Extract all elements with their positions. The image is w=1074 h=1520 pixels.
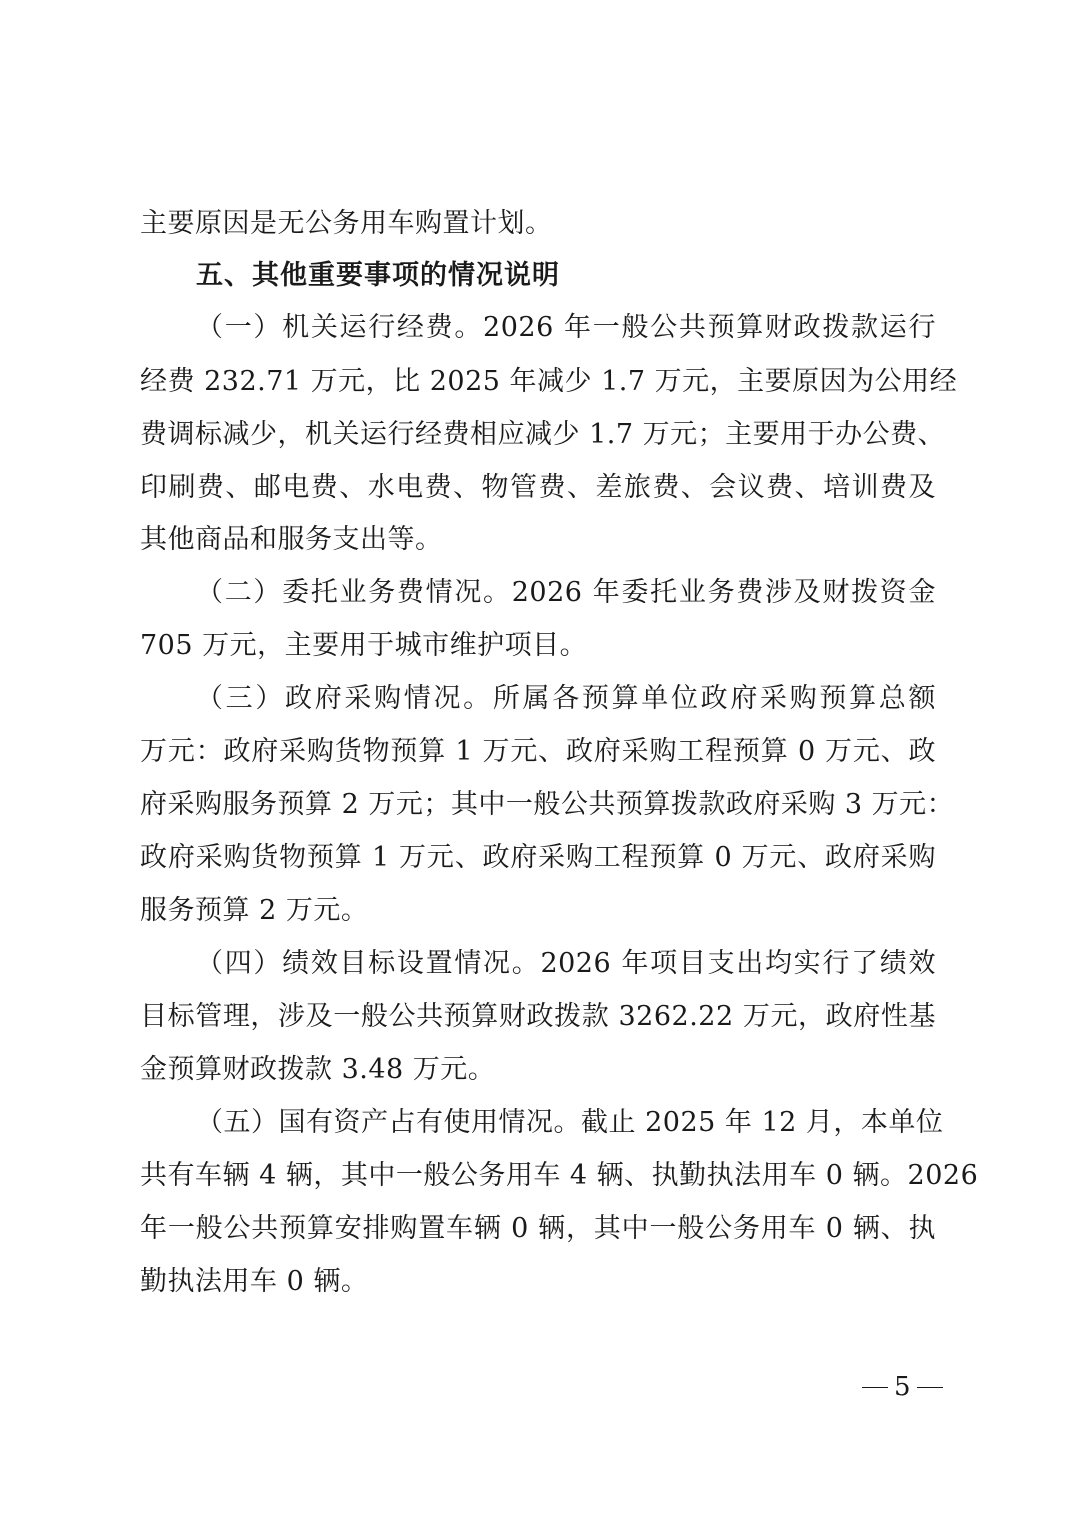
paragraph-line: （三）政府采购情况。所属各预算单位政府采购预算总额 bbox=[196, 681, 936, 717]
paragraph-line: 费调标减少，机关运行经费相应减少 1.7 万元；主要用于办公费、 bbox=[140, 417, 936, 453]
paragraph-line: 勤执法用车 0 辆。 bbox=[140, 1264, 936, 1300]
paragraph-line: （一）机关运行经费。2026 年一般公共预算财政拨款运行 bbox=[196, 310, 936, 346]
paragraph-line: 目标管理，涉及一般公共预算财政拨款 3262.22 万元，政府性基 bbox=[140, 999, 936, 1035]
section-heading: 五、其他重要事项的情况说明 bbox=[196, 258, 560, 294]
dash-left bbox=[862, 1387, 888, 1388]
dash-right bbox=[917, 1387, 943, 1388]
paragraph-line: （五）国有资产占有使用情况。截止 2025 年 12 月，本单位 bbox=[196, 1105, 936, 1141]
paragraph-line: 金预算财政拨款 3.48 万元。 bbox=[140, 1052, 936, 1088]
page-number-value: 5 bbox=[894, 1372, 911, 1402]
document-page: 主要原因是无公务用车购置计划。 五、其他重要事项的情况说明 （一）机关运行经费。… bbox=[0, 0, 1074, 1520]
page-number: 5 bbox=[862, 1372, 943, 1402]
paragraph-line: 705 万元，主要用于城市维护项目。 bbox=[140, 628, 936, 664]
paragraph-line: 政府采购货物预算 1 万元、政府采购工程预算 0 万元、政府采购 bbox=[140, 840, 936, 876]
paragraph-line: 经费 232.71 万元，比 2025 年减少 1.7 万元，主要原因为公用经 bbox=[140, 364, 936, 400]
intro-line: 主要原因是无公务用车购置计划。 bbox=[140, 206, 936, 242]
paragraph-line: 服务预算 2 万元。 bbox=[140, 893, 936, 929]
paragraph-line: 万元：政府采购货物预算 1 万元、政府采购工程预算 0 万元、政 bbox=[140, 734, 936, 770]
paragraph-line: 府采购服务预算 2 万元；其中一般公共预算拨款政府采购 3 万元： bbox=[140, 787, 936, 823]
paragraph-line: 其他商品和服务支出等。 bbox=[140, 522, 936, 558]
paragraph-line: 共有车辆 4 辆，其中一般公务用车 4 辆、执勤执法用车 0 辆。2026 bbox=[140, 1158, 936, 1194]
paragraph-line: 印刷费、邮电费、水电费、物管费、差旅费、会议费、培训费及 bbox=[140, 470, 936, 506]
paragraph-line: （二）委托业务费情况。2026 年委托业务费涉及财拨资金 bbox=[196, 575, 936, 611]
paragraph-line: （四）绩效目标设置情况。2026 年项目支出均实行了绩效 bbox=[196, 946, 936, 982]
paragraph-line: 年一般公共预算安排购置车辆 0 辆，其中一般公务用车 0 辆、执 bbox=[140, 1211, 936, 1247]
